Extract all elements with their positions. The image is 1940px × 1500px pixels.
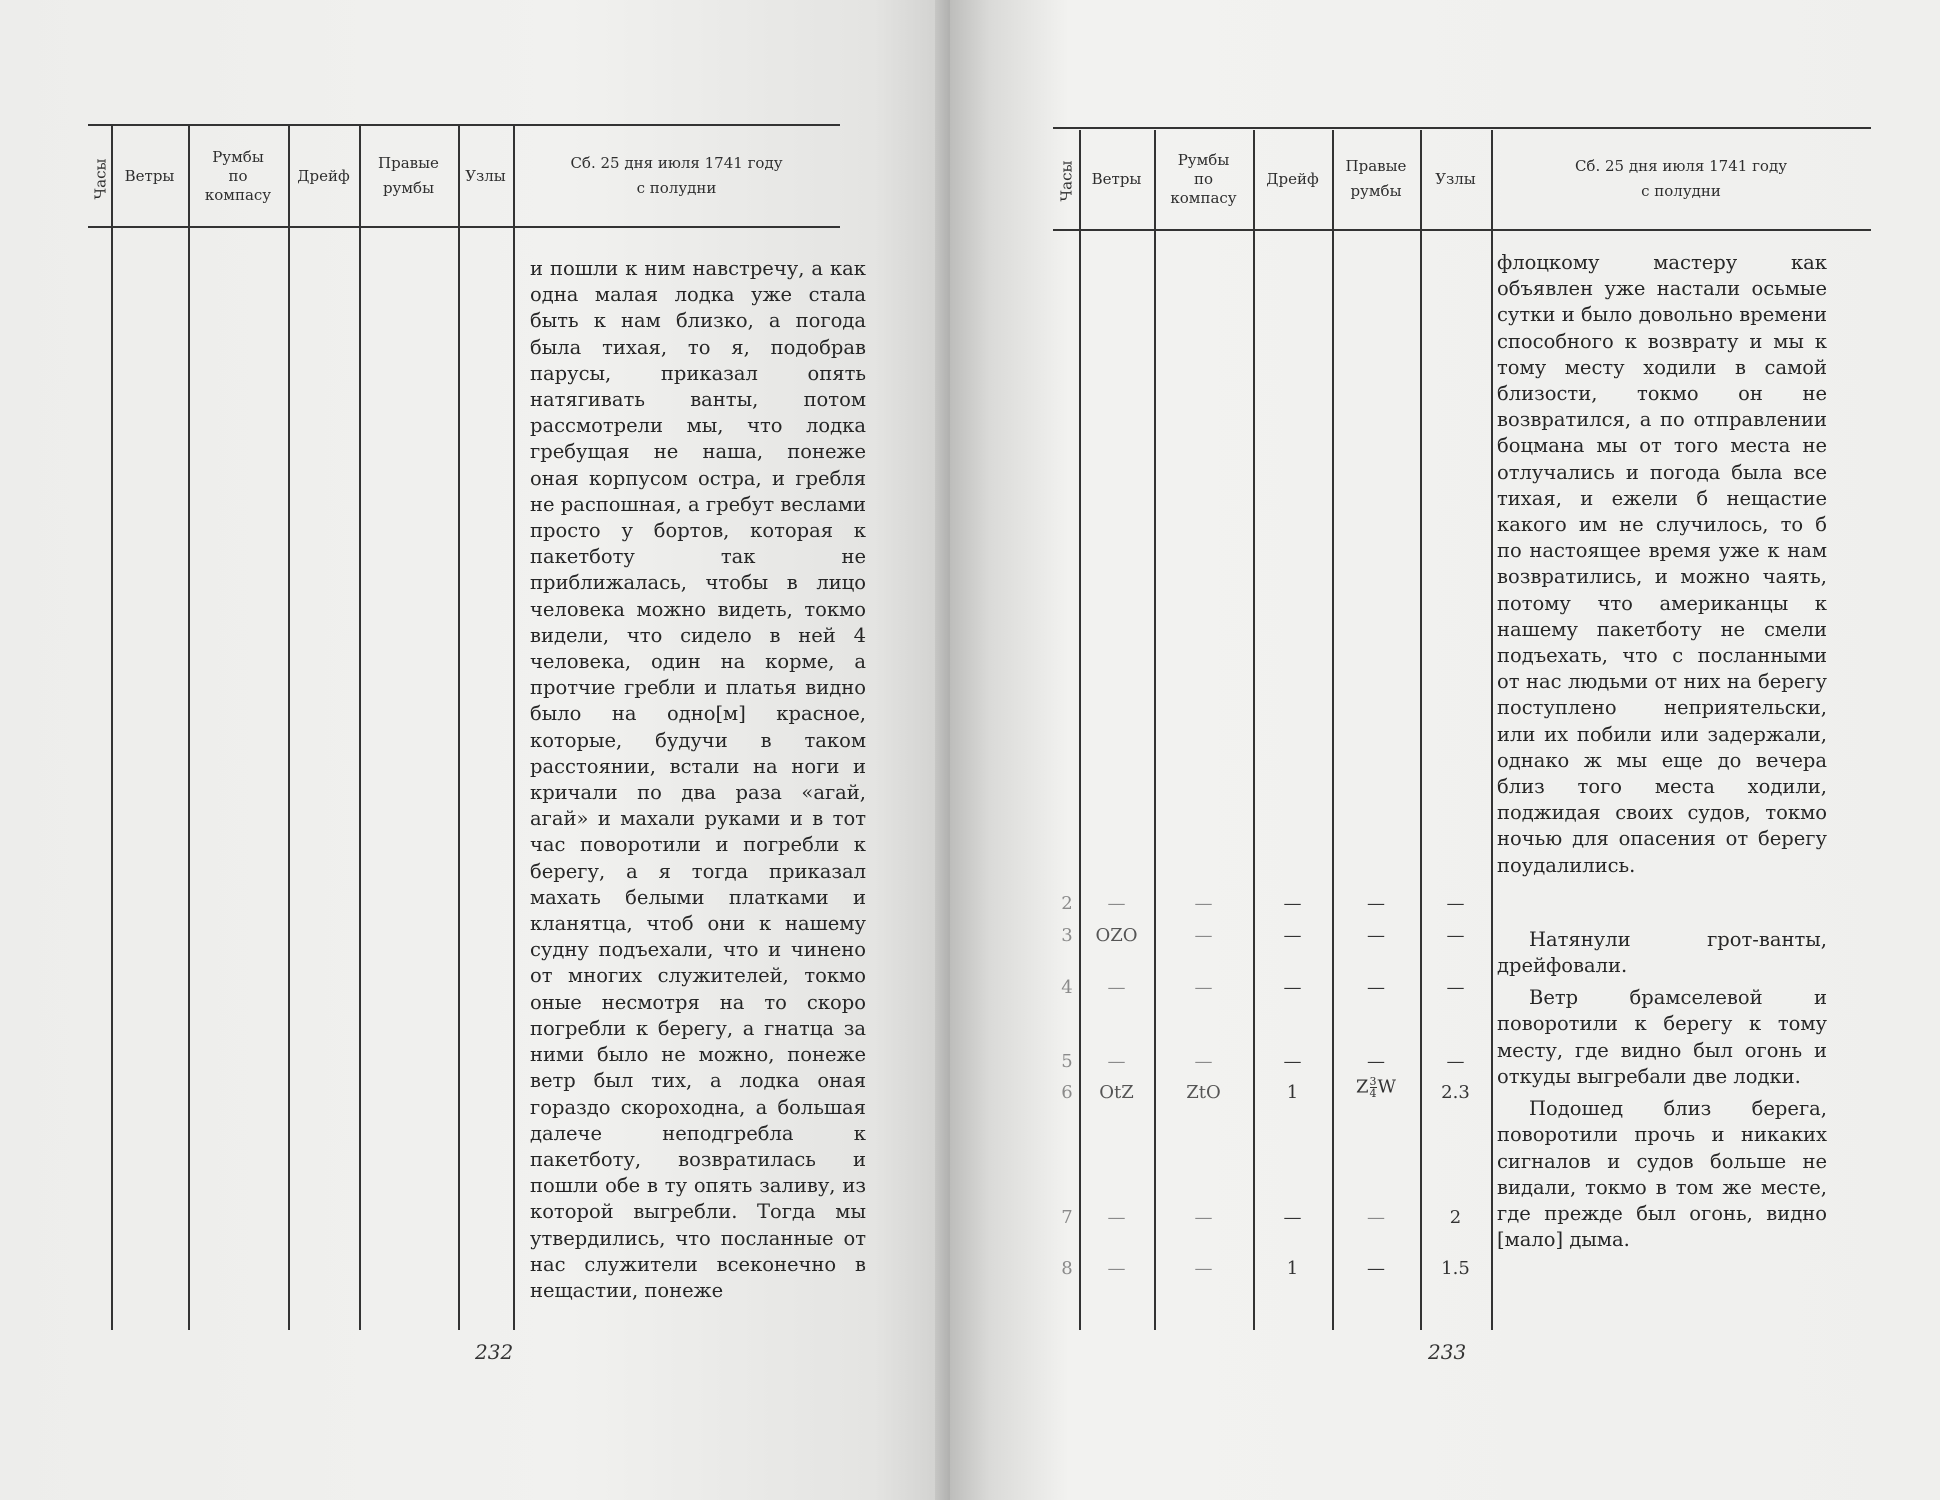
header-date: Сб. 25 дня июля 1741 году с полудни — [513, 128, 840, 224]
column-divider — [188, 126, 190, 1330]
column-divider — [1420, 130, 1422, 1330]
header-winds: Ветры — [111, 128, 188, 224]
header-drift: Дрейф — [288, 128, 359, 224]
column-divider — [1253, 130, 1255, 1330]
column-divider — [111, 126, 113, 1330]
header-winds: Ветры — [1079, 131, 1154, 227]
header-knots: Узлы — [458, 128, 513, 224]
log-entry-text: флоцкому мастеру как объявлен уже настал… — [1497, 250, 1827, 1253]
column-divider — [359, 126, 361, 1330]
column-divider — [288, 126, 290, 1330]
true-rhumb-fraction: Z34W — [1332, 1076, 1420, 1099]
column-divider — [1079, 130, 1081, 1330]
column-divider — [1491, 130, 1493, 1330]
header-compass-rhumbs: Румбы по компасу — [188, 128, 288, 224]
header-hours: Часы — [91, 159, 109, 200]
table-top-rule — [88, 124, 840, 126]
page-number: 233 — [1428, 1340, 1466, 1364]
column-divider — [458, 126, 460, 1330]
header-date: Сб. 25 дня июля 1741 году с полудни — [1491, 131, 1871, 227]
header-hours: Часы — [1057, 161, 1075, 202]
table-header-rule — [1053, 229, 1871, 231]
header-drift: Дрейф — [1253, 131, 1332, 227]
right-page: Часы Ветры Румбы по компасу Дрейф Правые… — [950, 0, 1940, 1500]
log-entry-text: и пошли к ним навстречу, а как одна мала… — [530, 256, 866, 1304]
column-divider — [1154, 130, 1156, 1330]
page-number: 232 — [475, 1340, 513, 1364]
column-divider — [1332, 130, 1334, 1330]
column-divider — [513, 126, 515, 1330]
header-knots: Узлы — [1420, 131, 1491, 227]
header-compass-rhumbs: Румбы по компасу — [1154, 131, 1253, 227]
header-true-rhumbs: Правые румбы — [1332, 131, 1420, 227]
table-header-rule — [88, 226, 840, 228]
left-page: Часы Ветры Румбы по компасу Дрейф Правые… — [0, 0, 950, 1500]
header-true-rhumbs: Правые румбы — [359, 128, 458, 224]
table-top-rule — [1053, 127, 1871, 129]
